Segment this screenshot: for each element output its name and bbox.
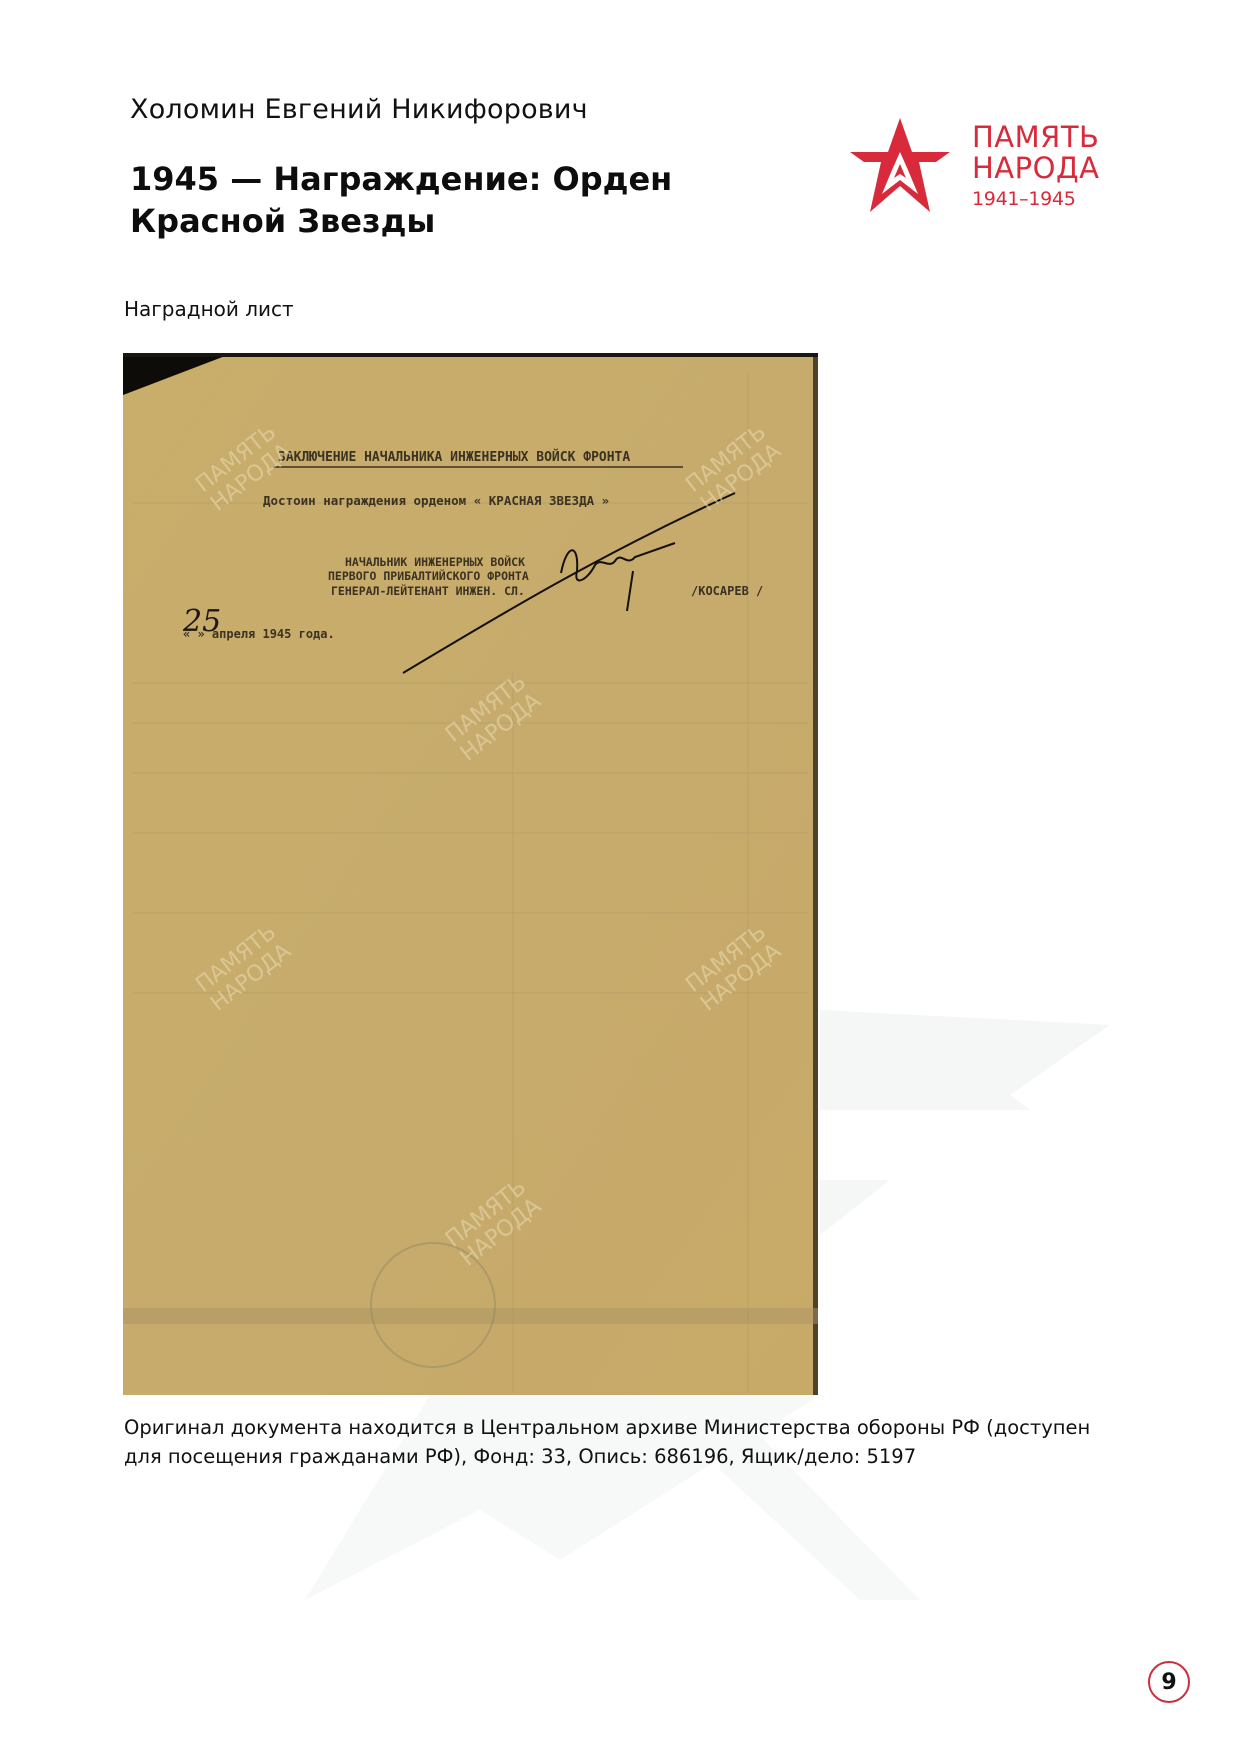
scan-date-day: 25 [182,604,221,639]
scan-heading: ЗАКЛЮЧЕНИЕ НАЧАЛЬНИКА ИНЖЕНЕРНЫХ ВОЙСК Ф… [278,449,630,465]
logo-line1: ПАМЯТЬ [972,122,1099,153]
red-star-icon [848,116,952,216]
logo-text: ПАМЯТЬ НАРОДА 1941–1945 [972,122,1099,212]
scan-verdict: Достоин награждения орденом « КРАСНАЯ ЗВ… [263,493,609,508]
scan-signatory-line3: ГЕНЕРАЛ-ЛЕЙТЕНАНТ ИНЖЕН. СЛ. [331,583,525,598]
logo-years: 1941–1945 [972,186,1099,212]
document-scan-image[interactable]: ЗАКЛЮЧЕНИЕ НАЧАЛЬНИКА ИНЖЕНЕРНЫХ ВОЙСК Ф… [123,353,818,1395]
archive-caption: Оригинал документа находится в Центральн… [124,1413,1124,1471]
award-title: 1945 — Награждение: Орден Красной Звезды [130,158,750,242]
page-number: 9 [1148,1661,1190,1703]
scan-signatory-line1: НАЧАЛЬНИК ИНЖЕНЕРНЫХ ВОЙСК [345,554,525,569]
pamyat-naroda-logo[interactable]: ПАМЯТЬ НАРОДА 1941–1945 [848,116,1128,226]
logo-line2: НАРОДА [972,153,1099,184]
scan-signatory-name: /КОСАРЕВ / [691,584,763,598]
scan-signatory-line2: ПЕРВОГО ПРИБАЛТИЙСКОГО ФРОНТА [328,568,529,583]
document-label: Наградной лист [124,297,294,321]
person-name: Холомин Евгений Никифорович [130,94,588,125]
